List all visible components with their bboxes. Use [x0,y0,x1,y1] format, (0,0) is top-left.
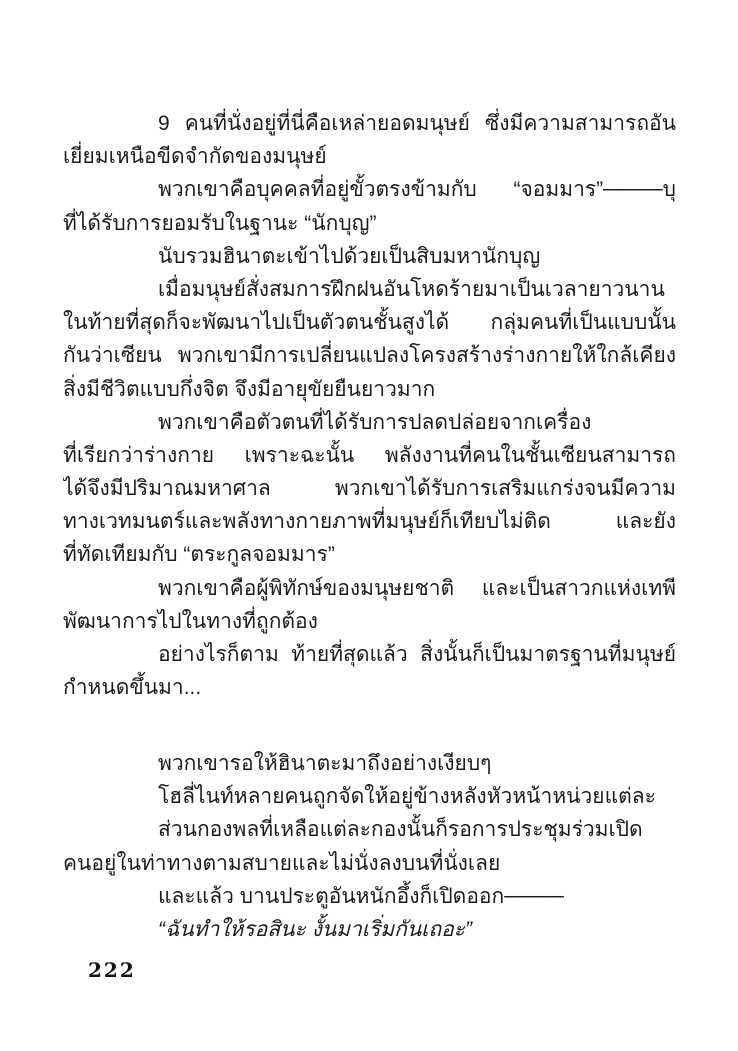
text-line: พวกเขาคือตัวตนที่ได้รับการปลดปล่อยจากเคร… [63,406,676,439]
text-line: เยี่ยมเหนือขีดจำกัดของมนุษย์ [63,140,676,173]
text-line: พัฒนาการไปในทางที่ถูกต้อง [63,605,676,638]
text-line: 9 คนที่นั่งอยู่ที่นี่คือเหล่ายอดมนุษย์ ซ… [63,107,676,140]
dialogue-line: “ฉันทำให้รอสินะ งั้นมาเริ่มกันเถอะ” [63,913,676,946]
text-line: และแล้ว บานประตูอันหนักอึ้งก็เปิดออก──── [63,880,676,913]
text-line: ในท้ายที่สุดก็จะพัฒนาไปเป็นตัวตนชั้นสูงไ… [63,306,676,339]
text-line: อย่างไรก็ตาม ท้ายที่สุดแล้ว สิ่งนั้นก็เป… [63,638,676,671]
text-line: พวกเขารอให้ฮินาตะมาถึงอย่างเงียบๆ [63,747,676,780]
text-line: นับรวมฮินาตะเข้าไปด้วยเป็นสิบมหานักบุญ [63,240,676,273]
text-line: สิ่งมีชีวิตแบบกึ่งจิต จึงมีอายุขัยยืนยาว… [63,373,676,406]
text-line: ที่ได้รับการยอมรับในฐานะ “นักบุญ” [63,207,676,240]
text-line: กันว่าเซียน พวกเขามีการเปลี่ยนแปลงโครงสร… [63,339,676,372]
text-line: ได้จึงมีปริมาณมหาศาล พวกเขาได้รับการเสริ… [63,472,676,505]
text-line: ที่ทัดเทียมกับ “ตระกูลจอมมาร” [63,538,676,571]
text-line: ทางเวทมนตร์และพลังทางกายภาพที่มนุษย์ก็เท… [63,505,676,538]
text-line: คนอยู่ในท่าทางตามสบายและไม่นั่งลงบนที่นั… [63,847,676,880]
text-line: ที่เรียกว่าร่างกาย เพราะฉะนั้น พลังงานที… [63,439,676,472]
closing-text-block: พวกเขารอให้ฮินาตะมาถึงอย่างเงียบๆโฮลี่ไน… [63,747,676,946]
text-line: พวกเขาคือผู้พิทักษ์ของมนุษยชาติ และเป็นส… [63,572,676,605]
text-line: ส่วนกองพลที่เหลือแต่ละกองนั้นก็รอการประช… [63,813,676,846]
text-line: พวกเขาคือบุคคลที่อยู่ขั้วตรงข้ามกับ “จอม… [63,173,676,206]
text-line: กำหนดขึ้นมา... [63,671,676,704]
text-line: โฮลี่ไนท์หลายคนถูกจัดให้อยู่ข้างหลังหัวห… [63,780,676,813]
book-page: 9 คนที่นั่งอยู่ที่นี่คือเหล่ายอดมนุษย์ ซ… [0,0,738,1051]
page-number: 222 [88,958,136,982]
text-line: เมื่อมนุษย์สั่งสมการฝึกฝนอันโหดร้ายมาเป็… [63,273,676,306]
main-text-block: 9 คนที่นั่งอยู่ที่นี่คือเหล่ายอดมนุษย์ ซ… [63,107,676,704]
